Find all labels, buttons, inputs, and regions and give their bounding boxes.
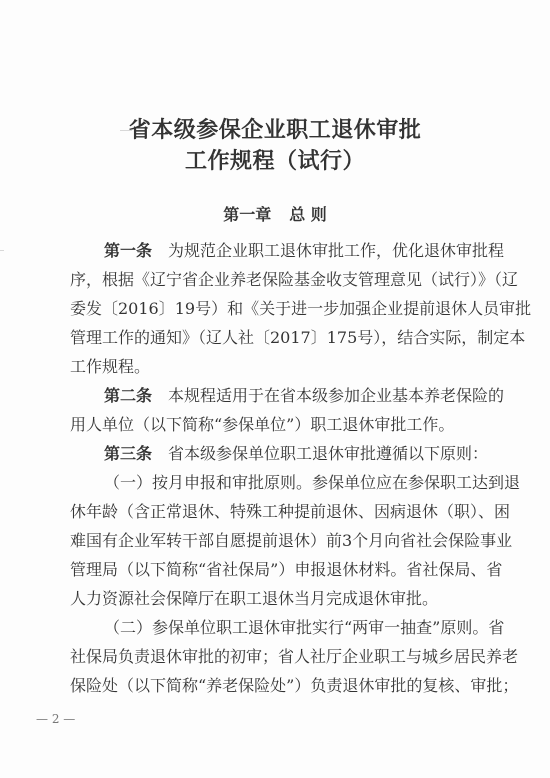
clause-1-line: （一）按月申报和审批原则。参保单位应在参保职工达到退 <box>70 468 484 497</box>
scan-artifact <box>0 250 4 251</box>
document-title-line-1: 省本级参保企业职工退休审批 <box>0 113 550 144</box>
paragraph-line: 人力资源社会保障厅在职工退休当月完成退休审批。 <box>70 584 484 613</box>
paragraph-text: 省本级参保单位职工退休审批遵循以下原则： <box>168 444 488 463</box>
paragraph-text: 本规程适用于在省本级参加企业基本养老保险的 <box>168 386 504 405</box>
article-label: 第二条 <box>104 386 152 405</box>
article-1-line: 第一条为规范企业职工退休审批工作，优化退休审批程 <box>70 236 484 265</box>
article-label: 第三条 <box>104 444 152 463</box>
paragraph-line: 委发〔2016〕19号）和《关于进一步加强企业提前退休人员审批 <box>70 294 484 323</box>
chapter-name: 总 则 <box>289 205 327 224</box>
paragraph-line: 难国有企业军转干部自愿提前退休）前3个月向省社会保险事业 <box>70 526 484 555</box>
paragraph-line: 保险处（以下简称“养老保险处”）负责退休审批的复核、审批； <box>70 671 484 700</box>
article-2-line: 第二条本规程适用于在省本级参加企业基本养老保险的 <box>70 381 484 410</box>
paragraph-line: 序，根据《辽宁省企业养老保险基金收支管理意见（试行）》（辽 <box>70 265 484 294</box>
chapter-number: 第一章 <box>223 205 271 224</box>
article-3-line: 第三条省本级参保单位职工退休审批遵循以下原则： <box>70 439 484 468</box>
paragraph-line: 社保局负责退休审批的初审；省人社厅企业职工与城乡居民养老 <box>70 642 484 671</box>
paragraph-line: 管理工作的通知》（辽人社〔2017〕175号），结合实际，制定本 <box>70 323 484 352</box>
document-page: 省本级参保企业职工退休审批 工作规程（试行） 第一章总 则 第一条为规范企业职工… <box>0 0 550 778</box>
paragraph-line: 工作规程。 <box>70 352 484 381</box>
article-label: 第一条 <box>104 241 152 260</box>
paragraph-line: 管理局（以下简称“省社保局”）申报退休材料。省社保局、省 <box>70 555 484 584</box>
page-number: — 2 — <box>36 712 75 726</box>
document-body: 第一条为规范企业职工退休审批工作，优化退休审批程 序，根据《辽宁省企业养老保险基… <box>70 236 484 700</box>
document-title-line-2: 工作规程（试行） <box>0 144 550 175</box>
chapter-heading: 第一章总 则 <box>0 202 550 225</box>
paragraph-text: 为规范企业职工退休审批工作，优化退休审批程 <box>168 241 504 260</box>
clause-2-line: （二）参保单位职工退休审批实行“两审一抽查”原则。省 <box>70 613 484 642</box>
paragraph-line: 休年龄（含正常退休、特殊工种提前退休、因病退休（职）、困 <box>70 497 484 526</box>
paragraph-line: 用人单位（以下简称“参保单位”）职工退休审批工作。 <box>70 410 484 439</box>
